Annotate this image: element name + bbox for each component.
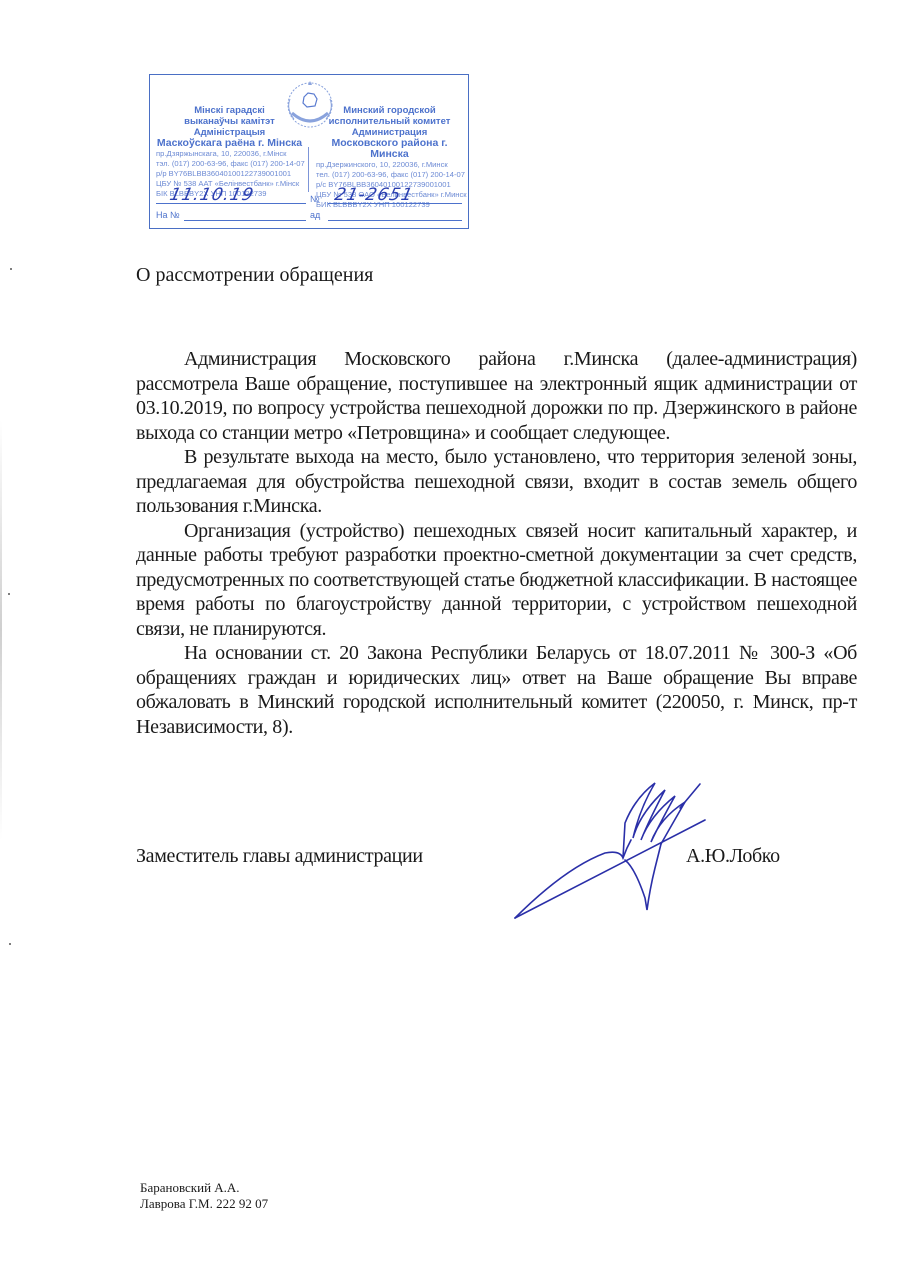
stamp-handwritten-number: 21-2651 — [333, 185, 415, 205]
stamp-org-line: Московского района г. Минска — [312, 138, 467, 160]
document-body: Администрация Московского района г.Минск… — [136, 347, 857, 739]
body-paragraph: Администрация Московского района г.Минск… — [136, 347, 857, 445]
stamp-org-line: Минский городской — [312, 105, 467, 116]
margin-dot — [10, 268, 12, 270]
registration-stamp: Мінскі гарадскі выканаўчы камітэт Адміні… — [149, 74, 469, 229]
body-paragraph: В результате выхода на место, было устан… — [136, 445, 857, 519]
stamp-detail: пр.Дзяржынскага, 10, 220036, г.Мінск — [152, 149, 307, 159]
stamp-number-label: № — [310, 194, 320, 204]
stamp-org-line: выканаўчы камітэт — [152, 116, 307, 127]
stamp-ref-label: На № — [156, 210, 180, 220]
signatory-title: Заместитель главы администрации — [136, 845, 423, 868]
document-subject: О рассмотрении обращения — [136, 264, 373, 287]
margin-dot — [9, 943, 11, 945]
stamp-from-label: ад — [310, 210, 320, 220]
stamp-org-line: Мінскі гарадскі — [152, 105, 307, 116]
stamp-divider — [308, 147, 309, 192]
executor-line: Барановский А.А. — [140, 1180, 268, 1196]
stamp-reference-row: На № ад — [156, 209, 462, 223]
stamp-detail: пр.Дзержинского, 10, 220036, г.Минск — [312, 160, 467, 170]
stamp-detail: р/р BY76BLBB36040100122739001001 — [152, 169, 307, 179]
scan-edge — [0, 420, 2, 840]
executor-line: Лаврова Г.М. 222 92 07 — [140, 1196, 268, 1212]
stamp-detail: тел. (017) 200-63-96, факс (017) 200-14-… — [312, 170, 467, 180]
body-paragraph: Организация (устройство) пешеходных связ… — [136, 519, 857, 642]
executors-block: Барановский А.А. Лаврова Г.М. 222 92 07 — [140, 1180, 268, 1212]
stamp-org-line: исполнительный комитет — [312, 116, 467, 127]
body-paragraph: На основании ст. 20 Закона Республики Бе… — [136, 641, 857, 739]
handwritten-signature-icon — [505, 778, 725, 928]
stamp-detail: тэл. (017) 200-63-96, факс (017) 200-14-… — [152, 159, 307, 169]
stamp-org-line: Маскоўскага раёна г. Мінска — [152, 138, 307, 149]
stamp-handwritten-date: 11.10.19 — [168, 185, 256, 205]
margin-dot — [8, 593, 10, 595]
